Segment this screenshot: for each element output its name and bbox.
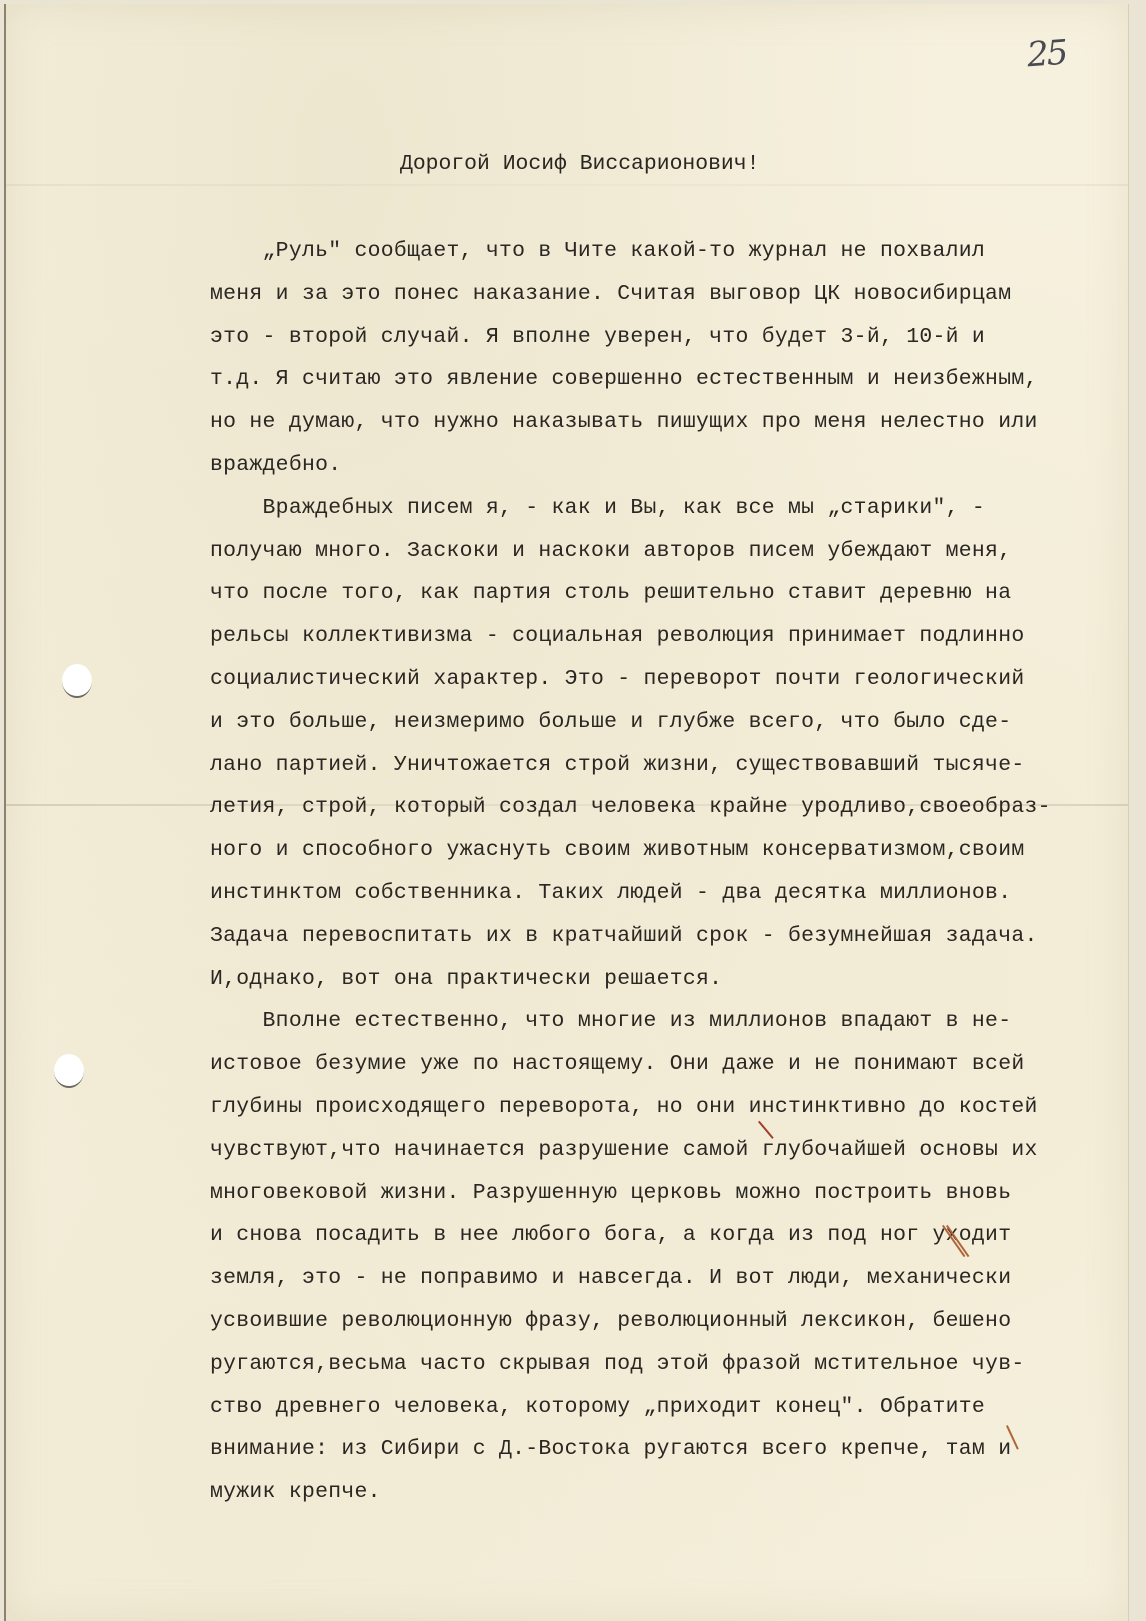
text-line: усвоившие революционную фразу, революцио…	[210, 1306, 1011, 1336]
text-line: инстинктом собственника. Таких людей - д…	[210, 878, 1011, 908]
punch-hole-icon	[54, 1054, 84, 1088]
text-line: лано партией. Уничтожается строй жизни, …	[210, 750, 1024, 780]
text-line: и это больше, неизмеримо больше и глубже…	[210, 707, 1011, 737]
text-line: внимание: из Сибири с Д.-Востока ругаютс…	[210, 1434, 1011, 1464]
salutation: Дорогой Иосиф Виссарионович!	[400, 152, 759, 176]
text-line: Задача перевоспитать их в кратчайший сро…	[210, 921, 1038, 951]
text-line: рельсы коллективизма - социальная револю…	[210, 621, 1024, 651]
text-line: т.д. Я считаю это явление совершенно ест…	[210, 364, 1038, 394]
text-line: ного и способного ужаснуть своим животны…	[210, 835, 1024, 865]
paper-fold-line	[6, 184, 1128, 186]
text-line: глубины происходящего переворота, но они…	[210, 1092, 1038, 1122]
document-page: 25 Дорогой Иосиф Виссарионович! „Руль" с…	[4, 4, 1129, 1621]
text-line: Враждебных писем я, - как и Вы, как все …	[210, 493, 985, 523]
text-line: истовое безумие уже по настоящему. Они д…	[210, 1049, 1024, 1079]
text-line: „Руль" сообщает, что в Чите какой-то жур…	[210, 236, 985, 266]
text-line: получаю много. Заскоки и наскоки авторов…	[210, 536, 1011, 566]
text-line: И,однако, вот она практически решается.	[210, 964, 722, 994]
text-line: что после того, как партия столь решител…	[210, 578, 1011, 608]
text-line: многовековой жизни. Разрушенную церковь …	[210, 1178, 1011, 1208]
text-line: ругаются,весьма часто скрывая под этой ф…	[210, 1349, 1024, 1379]
text-line: меня и за это понес наказание. Считая вы…	[210, 279, 1011, 309]
text-line: земля, это - не поправимо и навсегда. И …	[210, 1263, 1011, 1293]
text-line: чувствуют,что начинается разрушение само…	[210, 1135, 1038, 1165]
text-line: но не думаю, что нужно наказывать пишущи…	[210, 407, 1038, 437]
text-line: социалистический характер. Это - перевор…	[210, 664, 1024, 694]
punch-hole-icon	[62, 664, 92, 698]
text-line: ство древнего человека, которому „приход…	[210, 1392, 985, 1422]
text-line: Вполне естественно, что многие из миллио…	[210, 1006, 1011, 1036]
folio-number: 25	[1025, 33, 1067, 76]
text-line: летия, строй, который создал человека кр…	[210, 792, 1051, 822]
text-line: мужик крепче.	[210, 1477, 381, 1507]
text-line: и снова посадить в нее любого бога, а ко…	[210, 1220, 1011, 1250]
text-line: враждебно.	[210, 450, 341, 480]
text-line: это - второй случай. Я вполне уверен, чт…	[210, 322, 985, 352]
